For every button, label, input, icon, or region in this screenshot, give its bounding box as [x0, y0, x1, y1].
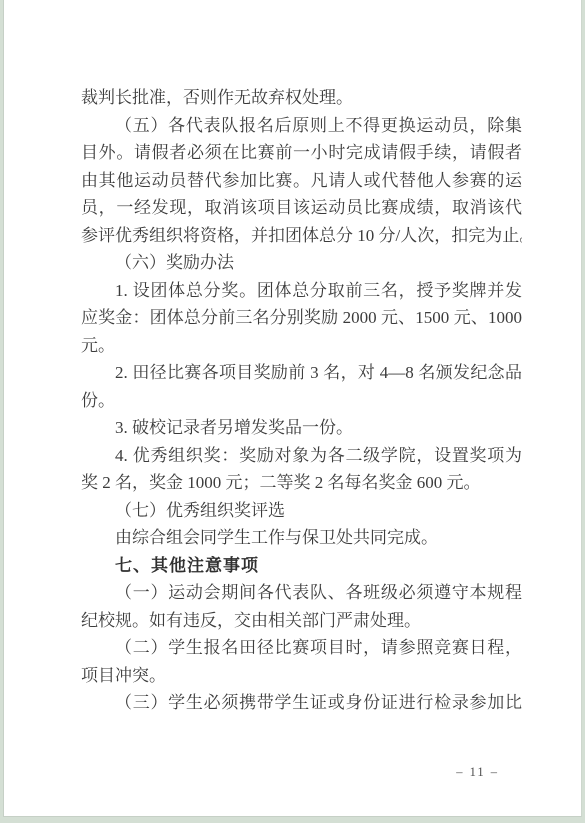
text-line: 4. 优秀组织奖：奖励对象为各二级学院，设置奖项为一等	[81, 442, 522, 470]
text-line: 2. 田径比赛各项目奖励前 3 名，对 4—8 名颁发纪念品一	[81, 359, 522, 387]
text-line: （六）奖励办法	[81, 249, 522, 277]
page-number: – 11 –	[456, 765, 499, 780]
text-line: 裁判长批准，否则作无故弃权处理。	[81, 84, 522, 112]
section-heading: 七、其他注意事项	[81, 552, 522, 580]
text-line: 参评优秀组织将资格，并扣团体总分 10 分/人次，扣完为止。	[81, 222, 522, 250]
text-line: （五）各代表队报名后原则上不得更换运动员，除集体项	[81, 112, 522, 140]
text-line: 纪校规。如有违反，交由相关部门严肃处理。	[81, 607, 522, 635]
scanned-document-view: 裁判长批准，否则作无故弃权处理。 （五）各代表队报名后原则上不得更换运动员，除集…	[0, 0, 585, 823]
document-body: 裁判长批准，否则作无故弃权处理。 （五）各代表队报名后原则上不得更换运动员，除集…	[81, 84, 522, 717]
text-line: 项目冲突。	[81, 662, 522, 690]
text-line: 目外。请假者必须在比赛前一小时完成请假手续，请假者不得	[81, 139, 522, 167]
text-line: 份。	[81, 387, 522, 415]
text-line: 3. 破校记录者另增发奖品一份。	[81, 414, 522, 442]
text-line: 应奖金：团体总分前三名分别奖励 2000 元、1500 元、1000	[81, 304, 522, 332]
text-line: 1. 设团体总分奖。团体总分取前三名，授予奖牌并发放相	[81, 277, 522, 305]
text-line: （二）学生报名田径比赛项目时，请参照竞赛日程，避免	[81, 634, 522, 662]
text-line: （三）学生必须携带学生证或身份证进行检录参加比赛，	[81, 689, 522, 717]
text-line: （七）优秀组织奖评选	[81, 497, 522, 525]
text-line: 元。	[81, 332, 522, 360]
text-line: （一）运动会期间各代表队、各班级必须遵守本规程和校	[81, 579, 522, 607]
text-line: 员，一经发现，取消该项目该运动员比赛成绩，取消该代表队	[81, 194, 522, 222]
text-line: 由其他运动员替代参加比赛。凡请人或代替他人参赛的运动	[81, 167, 522, 195]
text-line: 奖 2 名，奖金 1000 元；二等奖 2 名每名奖金 600 元。	[81, 469, 522, 497]
document-page: 裁判长批准，否则作无故弃权处理。 （五）各代表队报名后原则上不得更换运动员，除集…	[3, 0, 582, 817]
text-line: 由综合组会同学生工作与保卫处共同完成。	[81, 524, 522, 552]
